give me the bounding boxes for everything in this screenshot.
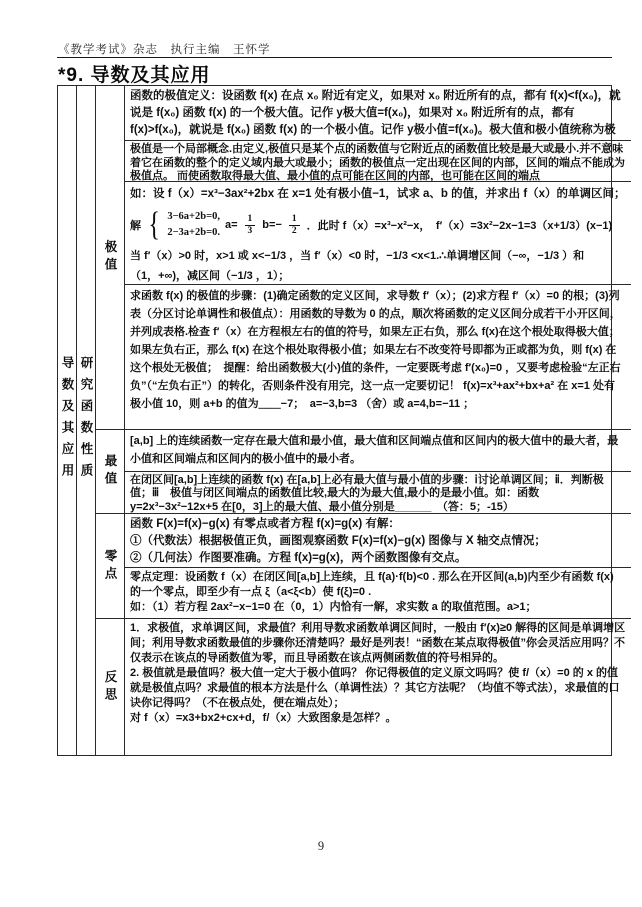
system-equation-2: 2−3a+2b=0. bbox=[167, 225, 220, 241]
sub-header-label: 研究函数性质 bbox=[77, 356, 95, 485]
system-brace-icon: { bbox=[148, 210, 159, 241]
b-equals: b=− bbox=[262, 219, 282, 231]
extrema-concept-cell: 极值是一个局部概念.由定义,极值只是某个点的函数值与它附近点的函数值比较是最大或… bbox=[125, 140, 631, 181]
fraction-a: 1 3 bbox=[245, 214, 256, 237]
section-reflection-label: 反思 bbox=[101, 670, 119, 705]
section-extrema-label: 极值 bbox=[101, 240, 119, 275]
section-zero-point: 零点 函数 F(x)=f(x)−g(x) 有零点或者方程 f(x)=g(x) 有… bbox=[96, 513, 631, 618]
sub-header-column: 研究函数性质 bbox=[77, 86, 96, 755]
fraction-b-denominator: 2 bbox=[289, 226, 300, 237]
row-header-column: 导数及其应用 bbox=[58, 86, 77, 755]
zero-point-methods-cell: 函数 F(x)=f(x)−g(x) 有零点或者方程 f(x)=g(x) 有解： … bbox=[125, 514, 631, 567]
section-zero-point-cells: 函数 F(x)=f(x)−g(x) 有零点或者方程 f(x)=g(x) 有解： … bbox=[125, 514, 631, 618]
page-title: *9. 导数及其应用 bbox=[58, 60, 211, 87]
zero-point-theorem-cell: 零点定理：设函数 f（x）在闭区间[a,b]上连续，且 f(a)·f(b)<0 … bbox=[125, 567, 631, 618]
reflection-cell: 1．求极值，求单调区间，求最值？利用导数求函数单调区间时，一般由 f′(x)≥0… bbox=[125, 619, 631, 755]
example-problem-line: 如：设 f（x）=x³−3ax²+2bx 在 x=1 处有极小值−1，试求 a、… bbox=[130, 184, 626, 204]
journal-header: 《教学考试》杂志 执行主编 王怀学 bbox=[58, 41, 271, 57]
header-rule bbox=[57, 57, 612, 58]
table-body: 极值 函数的极值定义：设函数 f(x) 在点 x₀ 附近有定义，如果对 x₀ 附… bbox=[96, 86, 631, 755]
section-max-min: 最值 [a,b] 上的连续函数一定存在最大值和最小值，最大值和区间端点值和区间内… bbox=[96, 429, 631, 513]
section-extrema-label-cell: 极值 bbox=[96, 86, 125, 429]
example-solution-row: 解 { 3−6a+2b=0, 2−3a+2b=0. a= 1 3 b bbox=[130, 204, 626, 246]
solve-label: 解 bbox=[130, 217, 141, 233]
section-zero-point-label-cell: 零点 bbox=[96, 514, 125, 618]
notes-table: 导数及其应用 研究函数性质 极值 函数的极值定义：设函数 f(x) 在点 x₀ … bbox=[57, 85, 612, 756]
fraction-b: 1 2 bbox=[289, 214, 300, 237]
section-max-min-cells: [a,b] 上的连续函数一定存在最大值和最小值，最大值和区间端点值和区间内的极大… bbox=[125, 430, 631, 513]
fraction-a-numerator: 1 bbox=[245, 214, 256, 226]
a-equals: a= bbox=[225, 219, 238, 231]
fraction-a-denominator: 3 bbox=[245, 226, 256, 237]
max-min-theorem-cell: [a,b] 上的连续函数一定存在最大值和最小值，最大值和区间端点值和区间内的极大… bbox=[125, 430, 631, 471]
equation-system: 3−6a+2b=0, 2−3a+2b=0. bbox=[167, 209, 220, 241]
section-reflection-cells: 1．求极值，求单调区间，求最值？利用导数求函数单调区间时，一般由 f′(x)≥0… bbox=[125, 619, 631, 755]
section-extrema-cells: 函数的极值定义：设函数 f(x) 在点 x₀ 附近有定义，如果对 x₀ 附近所有… bbox=[125, 86, 631, 429]
solution-tail: ．此时 f（x）=x³−x²−x， f′（x）=3x²−2x−1=3（x+1/3… bbox=[307, 217, 613, 233]
example-monotonic-line: 当 f′（x）>0 时，x>1 或 x<−1/3 ，当 f′（x）<0 时，−1… bbox=[130, 246, 626, 284]
section-max-min-label-cell: 最值 bbox=[96, 430, 125, 513]
section-reflection: 反思 1．求极值，求单调区间，求最值？利用导数求函数单调区间时，一般由 f′(x… bbox=[96, 618, 631, 755]
section-reflection-label-cell: 反思 bbox=[96, 619, 125, 755]
reflection-point-2: 2. 极值就是最值吗？极大值一定大于极小值吗？ 你记得极值的定义原文吗吗？使 f… bbox=[130, 666, 626, 711]
extrema-example-cell: 如：设 f（x）=x³−3ax²+2bx 在 x=1 处有极小值−1，试求 a、… bbox=[125, 181, 631, 284]
max-min-steps-cell: 在闭区间[a,b]上连续的函数 f(x) 在[a,b]上必有最大值与最小值的步骤… bbox=[125, 471, 631, 514]
extrema-definition-cell: 函数的极值定义：设函数 f(x) 在点 x₀ 附近有定义，如果对 x₀ 附近所有… bbox=[125, 86, 631, 140]
fraction-b-numerator: 1 bbox=[289, 214, 300, 226]
section-max-min-label: 最值 bbox=[101, 454, 119, 489]
row-header-label: 导数及其应用 bbox=[58, 356, 76, 485]
reflection-point-1: 1．求极值，求单调区间，求最值？利用导数求函数单调区间时，一般由 f′(x)≥0… bbox=[130, 621, 626, 666]
page-number: 9 bbox=[0, 839, 642, 854]
section-extrema: 极值 函数的极值定义：设函数 f(x) 在点 x₀ 附近有定义，如果对 x₀ 附… bbox=[96, 86, 631, 429]
extrema-steps-cell: 求函数 f(x) 的极值的步骤：(1)确定函数的定义区间，求导数 f′（x）；(… bbox=[125, 284, 631, 429]
section-zero-point-label: 零点 bbox=[101, 549, 119, 584]
system-equation-1: 3−6a+2b=0, bbox=[167, 209, 220, 225]
reflection-point-3: 对 f（x）=x3+bx2+cx+d，f/（x）大致图象是怎样？。 bbox=[130, 711, 626, 726]
document-page: 《教学考试》杂志 执行主编 王怀学 *9. 导数及其应用 导数及其应用 研究函数… bbox=[0, 0, 642, 907]
